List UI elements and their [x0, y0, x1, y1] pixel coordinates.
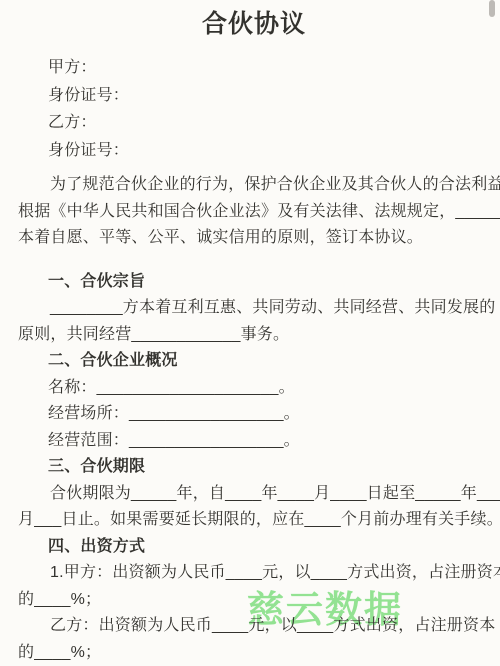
doc-line: 四、出资方式 — [18, 534, 490, 561]
doc-line: 为了规范合伙企业的行为，保护合伙企业及其合伙人的合法利益， — [18, 172, 490, 199]
document-content: 合伙协议 甲方：身份证号：乙方：身份证号：为了规范合伙企业的行为，保护合伙企业及… — [0, 0, 500, 666]
scrollbar-thumb[interactable] — [489, 0, 495, 17]
doc-line: 的____%； — [18, 587, 490, 614]
doc-line: 月___日止。如果需要延长期限的，应在____个月前办理有关手续。 — [18, 507, 490, 534]
doc-line: 原则，共同经营____________事务。 — [18, 322, 490, 349]
doc-line: 1.甲方：出资额为人民币____元，以____方式出资，占注册资本 — [18, 560, 490, 587]
document-body: 甲方：身份证号：乙方：身份证号：为了规范合伙企业的行为，保护合伙企业及其合伙人的… — [18, 54, 490, 666]
doc-line: 本着自愿、平等、公平、诚实信用的原则，签订本协议。 — [18, 225, 490, 252]
doc-line: 二、合伙企业概况 — [18, 348, 490, 375]
doc-line: 经营范围：_________________。 — [18, 428, 490, 455]
doc-line: 的____%； — [18, 640, 490, 666]
doc-line: 名称：____________________。 — [18, 375, 490, 402]
document-page: 慈云数据 合伙协议 甲方：身份证号：乙方：身份证号：为了规范合伙企业的行为，保护… — [0, 0, 500, 666]
doc-line: 甲方： — [18, 54, 490, 82]
doc-line: 身份证号： — [18, 137, 490, 165]
doc-line: 乙方：出资额为人民币____元，以____方式出资，占注册资本 — [18, 613, 490, 640]
doc-line: 根据《中华人民共和国合伙企业法》及有关法律、法规规定，________方 — [18, 199, 490, 226]
doc-line: 一、合伙宗旨 — [18, 269, 490, 296]
doc-line: ________方本着互利互惠、共同劳动、共同经营、共同发展的 — [18, 295, 490, 322]
doc-line: 乙方： — [18, 109, 490, 137]
doc-line: 三、合伙期限 — [18, 454, 490, 481]
doc-line: 身份证号： — [18, 82, 490, 110]
doc-line: 合伙期限为_____年，自____年____月____日起至_____年____ — [18, 481, 490, 508]
doc-line: 经营场所：_________________。 — [18, 401, 490, 428]
document-title: 合伙协议 — [18, 6, 490, 42]
